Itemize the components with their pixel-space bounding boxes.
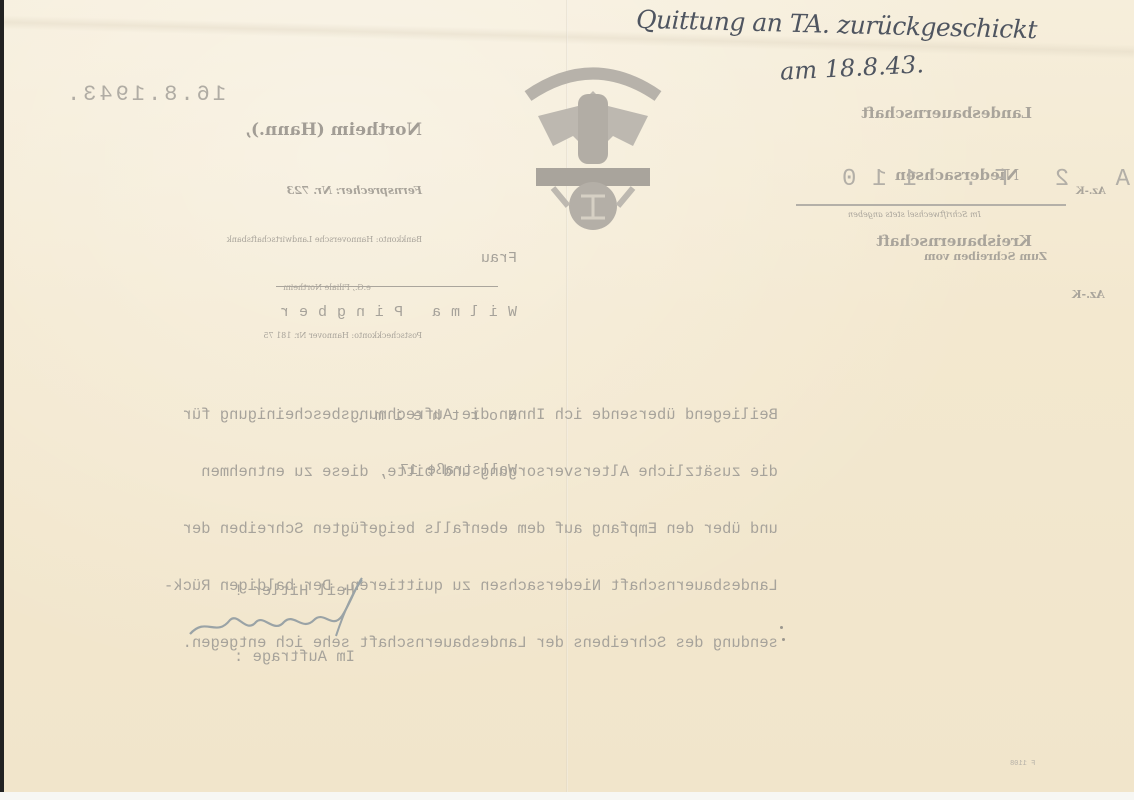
reference-label: Az.-K <box>1076 186 1106 197</box>
letterhead-org-3: Kreisbauernschaft <box>882 232 1032 250</box>
reply-to-label: Zum Schreiben vom <box>924 250 1047 263</box>
letterhead-org-1: Landesbauernschaft <box>882 104 1032 122</box>
form-number: F 1108 <box>1010 760 1035 768</box>
reference-rule <box>796 204 1066 206</box>
az-label: Az.-K <box>1072 288 1105 301</box>
body-line: Beiliegend übersende ich Ihnen die Aufre… <box>164 406 778 425</box>
letter-page: 16.8.1943. Northeim (Hann.), Fernspreche… <box>4 0 1134 792</box>
paper-speck <box>780 626 783 629</box>
letterhead-city: Northeim (Hann.), <box>232 120 422 140</box>
letter-date: 16.8.1943. <box>64 82 226 107</box>
signature <box>186 576 366 646</box>
recipient-salutation: Frau <box>270 250 517 268</box>
closing-on-behalf: Im Auftrage : <box>234 646 355 668</box>
scan-bottom-edge <box>0 792 1134 800</box>
letterhead-phone: Fernsprecher: Nr. 723 <box>232 184 422 197</box>
eagle-emblem-icon <box>518 56 668 236</box>
body-line: die zusätzliche Altersversorgung und bit… <box>164 463 778 482</box>
recipient-name: Wilma Pingber <box>270 304 517 322</box>
address-underline <box>276 286 498 287</box>
paper-speck <box>782 638 785 641</box>
reference-caption: Im Schriftwechsel stets angeben <box>848 210 981 219</box>
